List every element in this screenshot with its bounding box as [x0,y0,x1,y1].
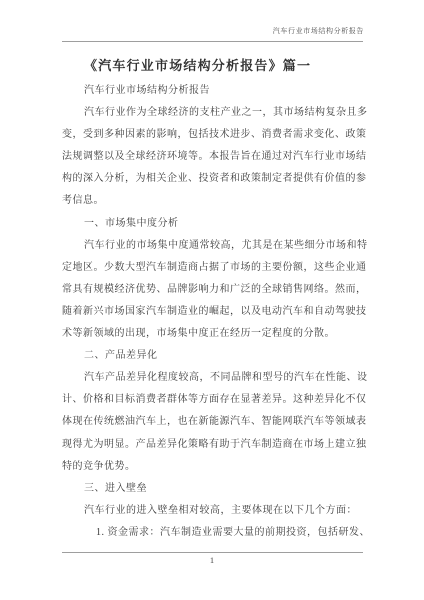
footer-rule [62,552,363,553]
body-line: 法规调整以及全球经济环境等。本报告旨在通过对汽车行业市场结 [62,146,364,168]
body-line: 现得尤为明显。产品差异化策略有助于汽车制造商在市场上建立独 [62,434,364,456]
body-line: 汽车行业作为全球经济的支柱产业之一，其市场结构复杂且多 [62,102,364,124]
body-line: 术等新领域的出现，市场集中度正在经历一定程度的分散。 [62,323,364,345]
body-line: 构的深入分析，为相关企业、投资者和政策制定者提供有价值的参 [62,168,364,190]
body-line: 计、价格和目标消费者群体等方面存在显著差异。这种差异化不仅 [62,389,364,411]
document-title: 《汽车行业市场结构分析报告》篇一 [84,55,311,74]
body-line: 汽车产品差异化程度较高，不同品牌和型号的汽车在性能、设 [62,367,364,389]
numbered-list-item: 1. 资金需求：汽车制造业需要大量的前期投资，包括研发、 [62,522,364,544]
document-body: 汽车行业市场结构分析报告 汽车行业作为全球经济的支柱产业之一，其市场结构复杂且多… [62,80,364,544]
page-number: 1 [0,555,424,565]
document-page: 汽车行业市场结构分析报告 《汽车行业市场结构分析报告》篇一 汽车行业市场结构分析… [0,0,424,600]
page-header-running-title: 汽车行业市场结构分析报告 [273,26,364,36]
section-heading-1: 一、市场集中度分析 [62,213,364,235]
body-line: 特的竞争优势。 [62,456,364,478]
body-line: 随着新兴市场国家汽车制造业的崛起，以及电动汽车和自动驾驶技 [62,301,364,323]
body-line: 汽车行业的进入壁垒相对较高，主要体现在以下几个方面： [62,500,364,522]
body-line: 常具有规模经济优势、品牌影响力和广泛的全球销售网络。然而， [62,279,364,301]
section-heading-3: 三、进入壁垒 [62,478,364,500]
body-line: 汽车行业市场结构分析报告 [62,80,364,102]
body-line: 考信息。 [62,190,364,212]
body-line: 体现在传统燃油汽车上，也在新能源汽车、智能网联汽车等领域表 [62,411,364,433]
header-rule [62,41,363,42]
body-line: 定地区。少数大型汽车制造商占据了市场的主要份额，这些企业通 [62,257,364,279]
section-heading-2: 二、产品差异化 [62,345,364,367]
body-line: 变，受到多种因素的影响，包括技术进步、消费者需求变化、政策 [62,124,364,146]
body-line: 汽车行业的市场集中度通常较高，尤其是在某些细分市场和特 [62,235,364,257]
